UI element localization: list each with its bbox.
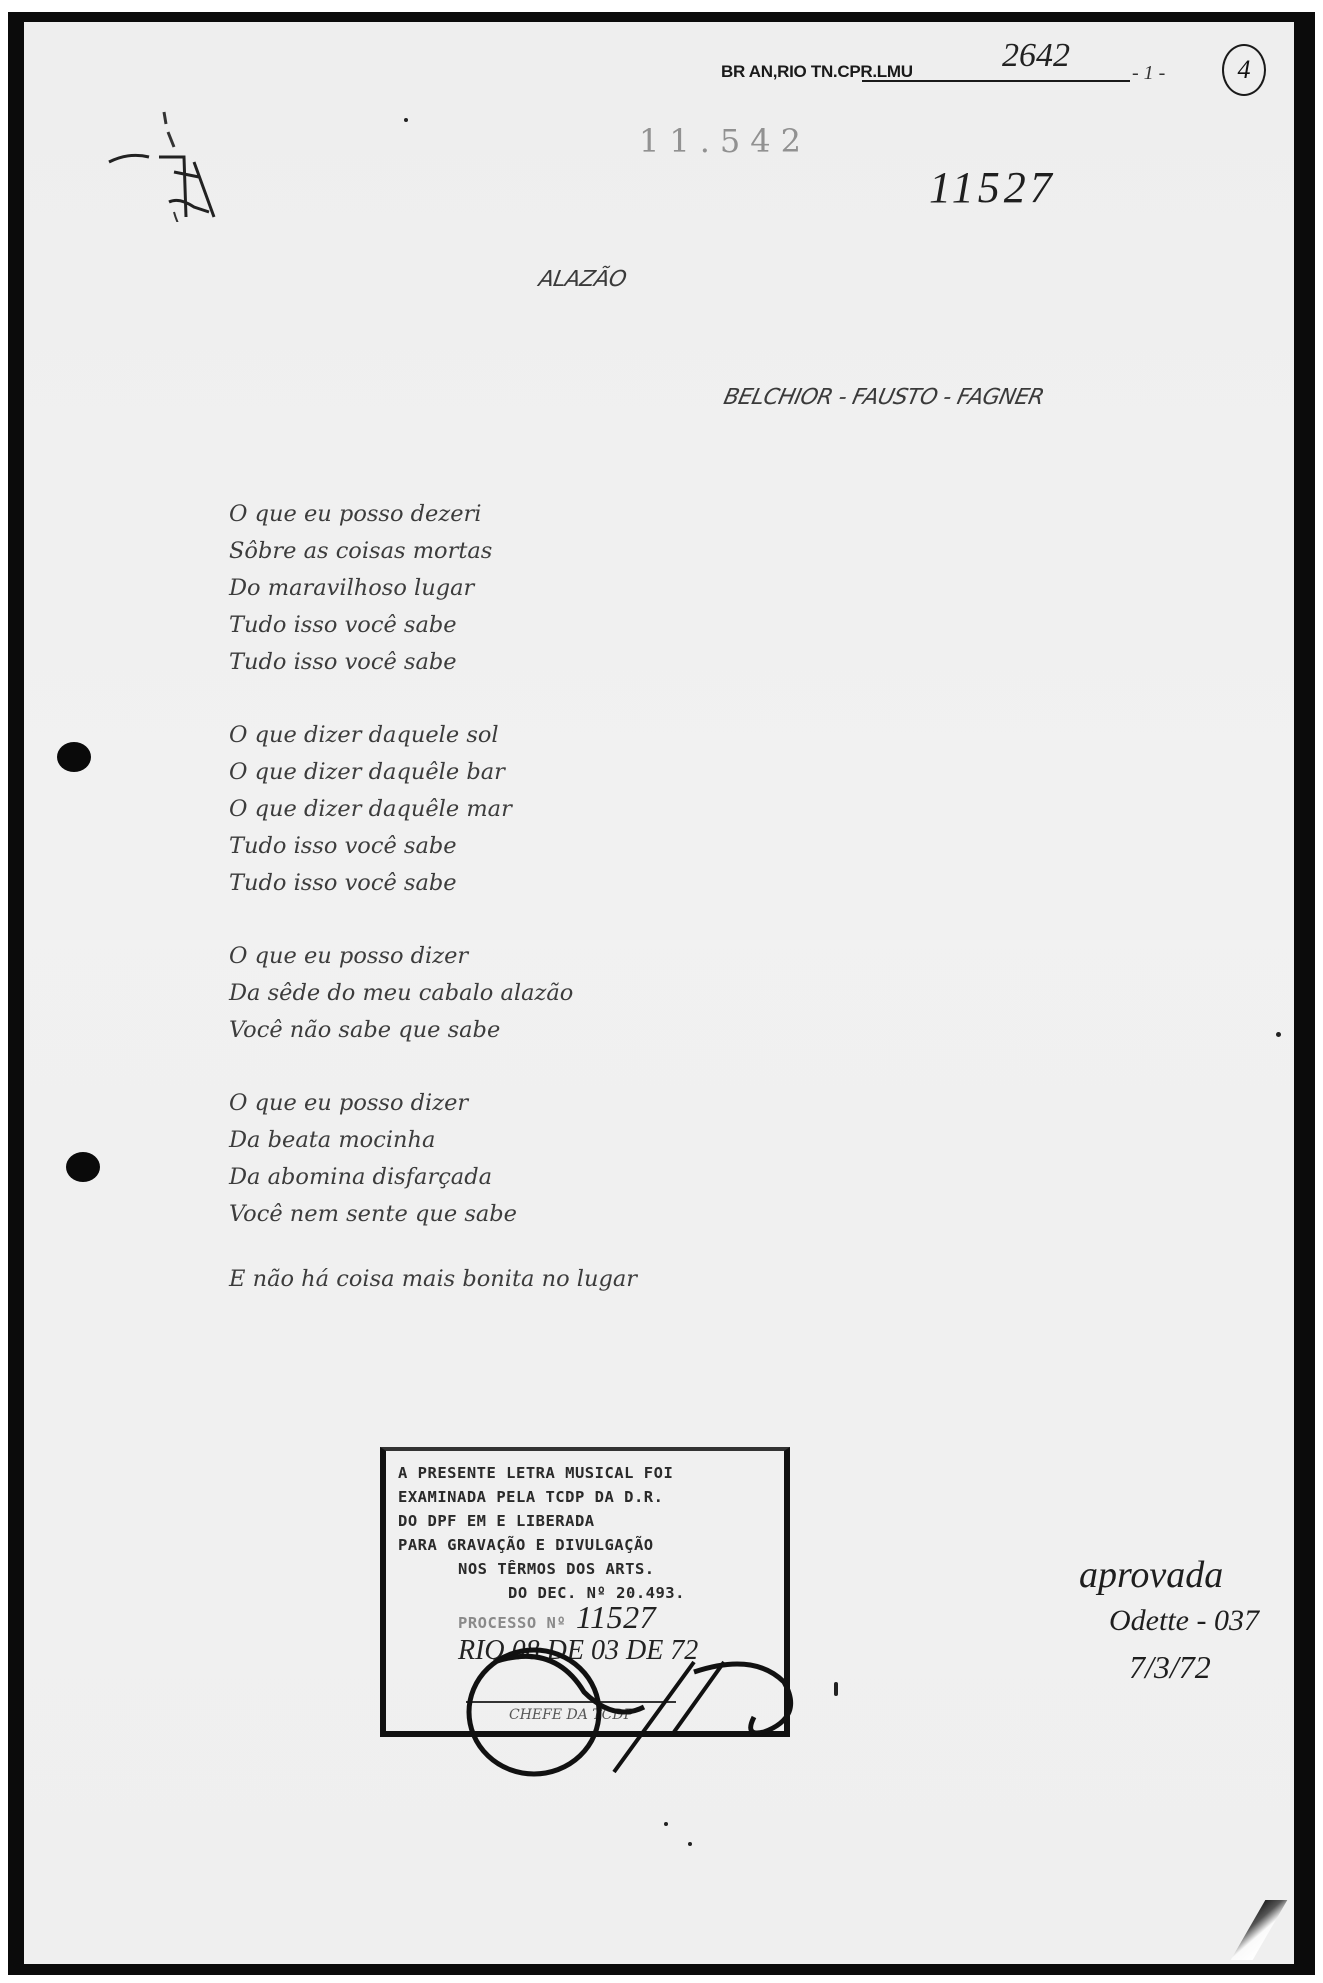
document-page: BR AN,RIO TN.CPR.LMU 2642 - 1 - 4 11.542…: [24, 22, 1294, 1964]
lyric-line: Tudo isso você sabe: [229, 828, 637, 865]
lyric-line: Do maravilhoso lugar: [229, 570, 637, 607]
lyric-line: Tudo isso você sabe: [229, 865, 637, 902]
lyric-line: O que eu posso dizer: [229, 938, 637, 975]
lyric-line: Da beata mocinha: [229, 1122, 637, 1159]
margin-scribble: [104, 102, 284, 222]
song-title: ALAZÃO: [537, 267, 628, 292]
approval-note: aprovada Odette - 037 7/3/72: [1069, 1552, 1259, 1690]
lyric-line: Da abomina disfarçada: [229, 1159, 637, 1196]
lyric-line: O que dizer daquêle bar: [229, 754, 637, 791]
reference-number: 2642: [862, 36, 1130, 82]
lyric-line: Você nem sente que sabe: [229, 1196, 637, 1233]
speck: [664, 1822, 668, 1826]
speck: [688, 1842, 692, 1846]
lyric-line: Tudo isso você sabe: [229, 644, 637, 681]
song-authors: BELCHIOR - FAUSTO - FAGNER: [721, 385, 1046, 410]
stamp-line: A PRESENTE LETRA MUSICAL FOI: [398, 1461, 772, 1485]
stanza: E não há coisa mais bonita no lugar: [229, 1261, 637, 1298]
speck: [834, 1682, 838, 1696]
lyric-line: Você não sabe que sabe: [229, 1012, 637, 1049]
lyric-line: E não há coisa mais bonita no lugar: [229, 1261, 637, 1298]
stamp-process-label: PROCESSO Nº: [458, 1614, 566, 1632]
signature-caption: CHEFE DA TCDP: [466, 1701, 676, 1727]
stamp-line: DO DPF EM E LIBERADA: [398, 1509, 772, 1533]
stamp-process-number: 11527: [576, 1599, 656, 1635]
page-curl: [1231, 1900, 1288, 1960]
page-marker: - 1 -: [1132, 62, 1165, 85]
lyrics-block: O que eu posso dezeri Sôbre as coisas mo…: [229, 496, 637, 1334]
stamp-line: NOS TÊRMOS DOS ARTS.: [398, 1557, 772, 1581]
punch-hole: [66, 1152, 100, 1182]
lyric-line: O que eu posso dezeri: [229, 496, 637, 533]
stanza: O que eu posso dizer Da beata mocinha Da…: [229, 1085, 637, 1233]
lyric-line: O que dizer daquele sol: [229, 717, 637, 754]
approval-signer: Odette - 037: [1109, 1598, 1259, 1644]
speck: [404, 118, 408, 122]
punch-hole: [57, 742, 91, 772]
speck: [1276, 1032, 1281, 1037]
stamp-line: EXAMINADA PELA TCDP DA D.R.: [398, 1485, 772, 1509]
stamp-line: PARA GRAVAÇÃO E DIVULGAÇÃO: [398, 1533, 772, 1557]
sheet-number: 4: [1222, 44, 1266, 96]
stamp-date: Rio 08 de 03 de 72: [398, 1639, 772, 1663]
approval-status: aprovada: [1079, 1552, 1259, 1598]
stanza: O que eu posso dizer Da sêde do meu caba…: [229, 938, 637, 1049]
lyric-line: Sôbre as coisas mortas: [229, 533, 637, 570]
faint-stamped-number: 11.542: [639, 122, 811, 160]
lyric-line: Tudo isso você sabe: [229, 607, 637, 644]
lyric-line: O que eu posso dizer: [229, 1085, 637, 1122]
approval-date: 7/3/72: [1129, 1644, 1259, 1690]
handwritten-process-number: 11527: [929, 162, 1056, 213]
lyric-line: O que dizer daquêle mar: [229, 791, 637, 828]
stanza: O que eu posso dezeri Sôbre as coisas mo…: [229, 496, 637, 681]
stanza: O que dizer daquele sol O que dizer daqu…: [229, 717, 637, 902]
censorship-stamp: A PRESENTE LETRA MUSICAL FOI EXAMINADA P…: [380, 1447, 790, 1737]
lyric-line: Da sêde do meu cabalo alazão: [229, 975, 637, 1012]
stamp-line: PROCESSO Nº 11527: [398, 1605, 772, 1635]
